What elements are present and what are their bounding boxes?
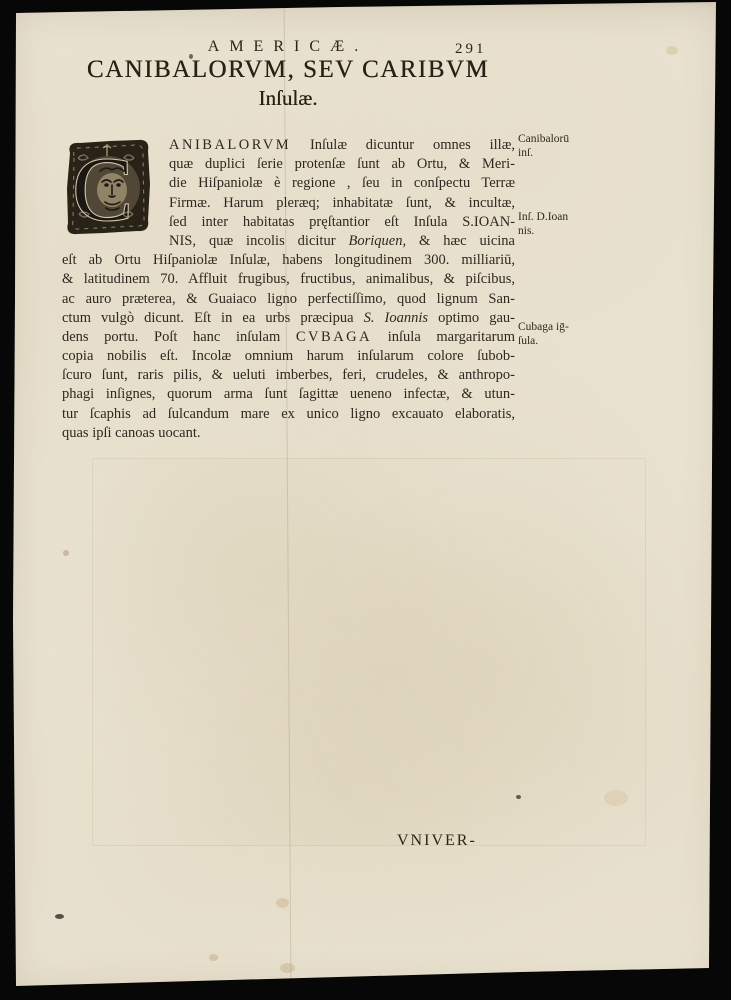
body-line: quæ duplici ſerie protenſæ ſunt ab Ortu,…: [169, 155, 515, 174]
body-italic-text: S. Ioannis: [364, 310, 428, 326]
body-line: NIS, quæ incolis dicitur Boriquen, & hæc…: [169, 232, 515, 251]
foxing-spot: [604, 790, 628, 806]
body-text-segment: die Hiſpaniolæ è regione , ſeu in conſpe…: [169, 175, 515, 191]
body-line: phagi inſignes, quorum arma ſunt ſagittæ…: [62, 385, 515, 404]
body-text-segment: , & hæc uicina: [402, 233, 515, 249]
page-title-line-1: CANIBALORVM, SEV CARIBVM: [62, 56, 514, 84]
body-text-segment: CVBAGA: [296, 329, 372, 345]
body-text-segment: Firmæ. Harum pleræq; inhabitatæ ſunt, & …: [169, 195, 515, 211]
margin-note-line: Cubaga iḡ-: [518, 321, 606, 335]
body-text-segment: copia nobilis eſt. Incolæ omnium harum i…: [62, 348, 515, 364]
body-text-segment: quæ duplici ſerie protenſæ ſunt ab Ortu,…: [169, 156, 515, 172]
body-text-segment: dens portu. Poſt hanc inſulam: [62, 329, 296, 345]
foxing-spot: [276, 898, 289, 908]
book-page: AMERICÆ. 291 CANIBALORVM, SEV CARIBVM In…: [0, 0, 731, 1000]
body-text-segment: ctum vulgò dicunt. Eſt in ea urbs præcip…: [62, 310, 364, 326]
body-text-segment: ac auro præterea, & Guaiaco ligno perfec…: [62, 291, 515, 307]
running-title: AMERICÆ.: [62, 38, 514, 56]
body-line: eſt ab Ortu Hiſpaniolæ Inſulæ, habens lo…: [62, 251, 515, 270]
body-text-segment: quas ipſi canoas uocant.: [62, 425, 201, 441]
body-line: ac auro præterea, & Guaiaco ligno perfec…: [62, 290, 515, 309]
margin-note-canibalorum: Canibalorū inſ.: [518, 133, 606, 160]
body-text-segment: ſed inter habitatas pręſtantior eſt Inſu…: [169, 214, 515, 230]
body-line: die Hiſpaniolæ è regione , ſeu in conſpe…: [169, 174, 515, 193]
foxing-spot: [209, 954, 218, 961]
body-text-segment: Inſulæ dicuntur omnes illæ,: [291, 137, 515, 153]
body-text-segment: optimo gau-: [428, 310, 515, 326]
verso-showthrough: [92, 458, 646, 846]
catchword: VNIVER-: [397, 832, 477, 850]
body-line: dens portu. Poſt hanc inſulam CVBAGA inſ…: [62, 328, 515, 347]
initial-woodcut-c: C: [62, 138, 152, 235]
foxing-spot: [280, 963, 295, 973]
body-line: copia nobilis eſt. Incolæ omnium harum i…: [62, 347, 515, 366]
foxing-spot: [516, 795, 521, 799]
margin-note-line: inſ.: [518, 147, 606, 161]
foxing-spot: [63, 550, 69, 556]
body-text-segment: ANIBALORVM: [169, 137, 291, 153]
body-text-segment: eſt ab Ortu Hiſpaniolæ Inſulæ, habens lo…: [62, 252, 515, 268]
body-text-segment: tur ſcaphis ad ſulcandum mare ex unico l…: [62, 406, 515, 422]
body-line: & latitudinem 70. Affluit frugibus, fruc…: [62, 270, 515, 289]
margin-note-cubaga-insula: Cubaga iḡ- ſula.: [518, 321, 606, 348]
body-line: ſed inter habitatas pręſtantior eſt Inſu…: [169, 213, 515, 232]
body-line: ſcuro ſunt, raris pilis, & ueluti imberb…: [62, 366, 515, 385]
body-italic-text: Boriquen: [348, 233, 402, 249]
body-line: ctum vulgò dicunt. Eſt in ea urbs præcip…: [62, 309, 515, 328]
foxing-spot: [666, 46, 678, 55]
margin-note-line: Canibalorū: [518, 133, 606, 147]
page-title-line-2: Inſulæ.: [62, 86, 514, 111]
body-text-segment: & latitudinem 70. Affluit frugibus, fruc…: [62, 271, 515, 287]
body-line: tur ſcaphis ad ſulcandum mare ex unico l…: [62, 405, 515, 424]
body-text-segment: phagi inſignes, quorum arma ſunt ſagittæ…: [62, 386, 515, 402]
body-line: Firmæ. Harum pleræq; inhabitatæ ſunt, & …: [169, 194, 515, 213]
margin-note-line: nis.: [518, 225, 606, 239]
body-line: quas ipſi canoas uocant.: [62, 424, 515, 443]
body-text-segment: inſula margaritarum: [372, 329, 515, 345]
margin-note-line: Inſ. D.Ioan: [518, 211, 606, 225]
body-text-segment: ſcuro ſunt, raris pilis, & ueluti imberb…: [62, 367, 515, 383]
body-text: C ANIBALORVM Inſulæ dicuntur omnes illæ,…: [62, 136, 515, 443]
body-line: ANIBALORVM Inſulæ dicuntur omnes illæ,: [169, 136, 515, 155]
margin-note-line: ſula.: [518, 335, 606, 349]
body-text-segment: NIS, quæ incolis dicitur: [169, 233, 348, 249]
margin-note-ins-d-ioannis: Inſ. D.Ioan nis.: [518, 211, 606, 238]
foxing-spot: [55, 914, 64, 919]
